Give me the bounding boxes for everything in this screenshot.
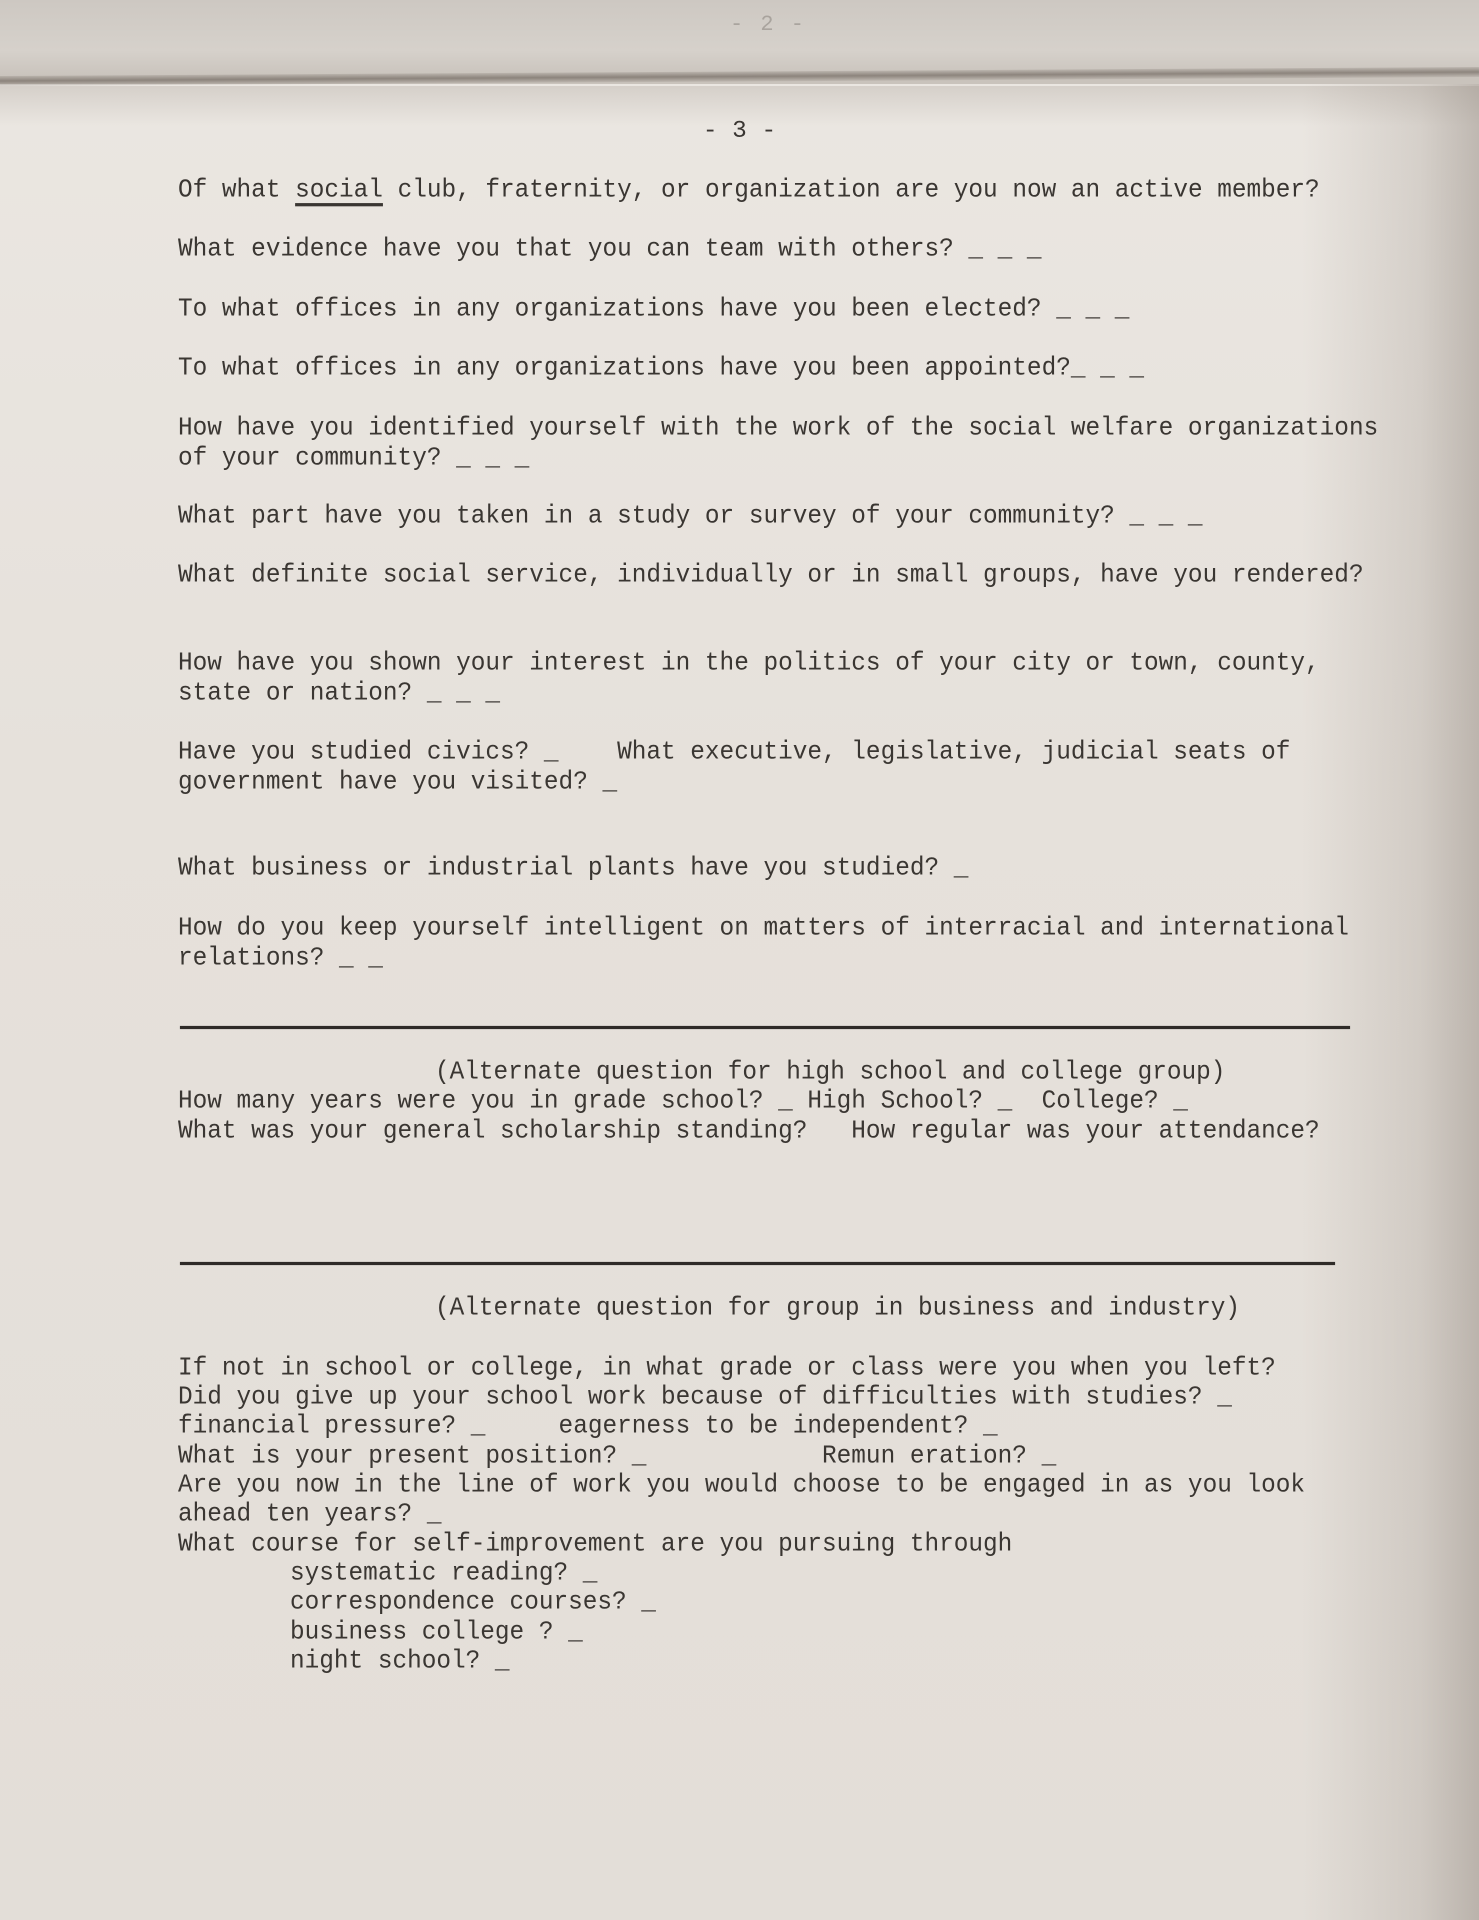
question-interracial-line1: How do you keep yourself intelligent on … bbox=[178, 913, 1349, 945]
business-question-line: What is your present position? _ Remun e… bbox=[178, 1441, 1056, 1473]
business-question-line: Are you now in the line of work you woul… bbox=[178, 1470, 1305, 1502]
question-offices-elected: To what offices in any organizations hav… bbox=[178, 294, 1129, 326]
school-section-heading: (Alternate question for high school and … bbox=[435, 1057, 1225, 1089]
question-civics-line1: Have you studied civics? _ What executiv… bbox=[178, 737, 1290, 769]
section-divider-rule bbox=[180, 1026, 1350, 1029]
business-question-line: ahead ten years? _ bbox=[178, 1499, 441, 1531]
page-number: - 3 - bbox=[0, 118, 1479, 145]
question-politics-line2: state or nation? _ _ _ bbox=[178, 678, 500, 710]
self-improvement-option: systematic reading? _ bbox=[290, 1558, 597, 1590]
self-improvement-option: business college ? _ bbox=[290, 1617, 583, 1649]
question-social-welfare-line1: How have you identified yourself with th… bbox=[178, 413, 1378, 445]
school-standing-question: What was your general scholarship standi… bbox=[178, 1116, 1320, 1148]
question-team-evidence: What evidence have you that you can team… bbox=[178, 234, 1042, 266]
school-years-question: How many years were you in grade school?… bbox=[178, 1086, 1188, 1118]
question-business-plants: What business or industrial plants have … bbox=[178, 853, 968, 885]
business-question-line: Did you give up your school work because… bbox=[178, 1382, 1232, 1414]
question-social-service: What definite social service, individual… bbox=[178, 560, 1364, 592]
question-interracial-line2: relations? _ _ bbox=[178, 943, 383, 975]
question-social-club: Of what social club, fraternity, or orga… bbox=[178, 175, 1320, 207]
business-question-line: financial pressure? _ eagerness to be in… bbox=[178, 1411, 998, 1443]
question-social-welfare-line2: of your community? _ _ _ bbox=[178, 443, 529, 475]
question-civics-line2: government have you visited? _ bbox=[178, 767, 617, 799]
business-section-heading: (Alternate question for group in busines… bbox=[435, 1293, 1240, 1325]
question-text: Of what bbox=[178, 176, 295, 205]
bleed-through-page-number: - 2 - bbox=[730, 12, 806, 37]
section-divider-rule bbox=[180, 1262, 1335, 1265]
self-improvement-option: correspondence courses? _ bbox=[290, 1587, 656, 1619]
question-community-survey: What part have you taken in a study or s… bbox=[178, 501, 1203, 533]
self-improvement-option: night school? _ bbox=[290, 1646, 510, 1678]
question-politics-line1: How have you shown your interest in the … bbox=[178, 648, 1320, 680]
question-text: club, fraternity, or organization are yo… bbox=[383, 176, 1320, 205]
underlined-word-social: social bbox=[295, 176, 383, 205]
business-question-line: What course for self-improvement are you… bbox=[178, 1529, 1012, 1561]
business-question-line: If not in school or college, in what gra… bbox=[178, 1353, 1276, 1385]
question-offices-appointed: To what offices in any organizations hav… bbox=[178, 353, 1144, 385]
